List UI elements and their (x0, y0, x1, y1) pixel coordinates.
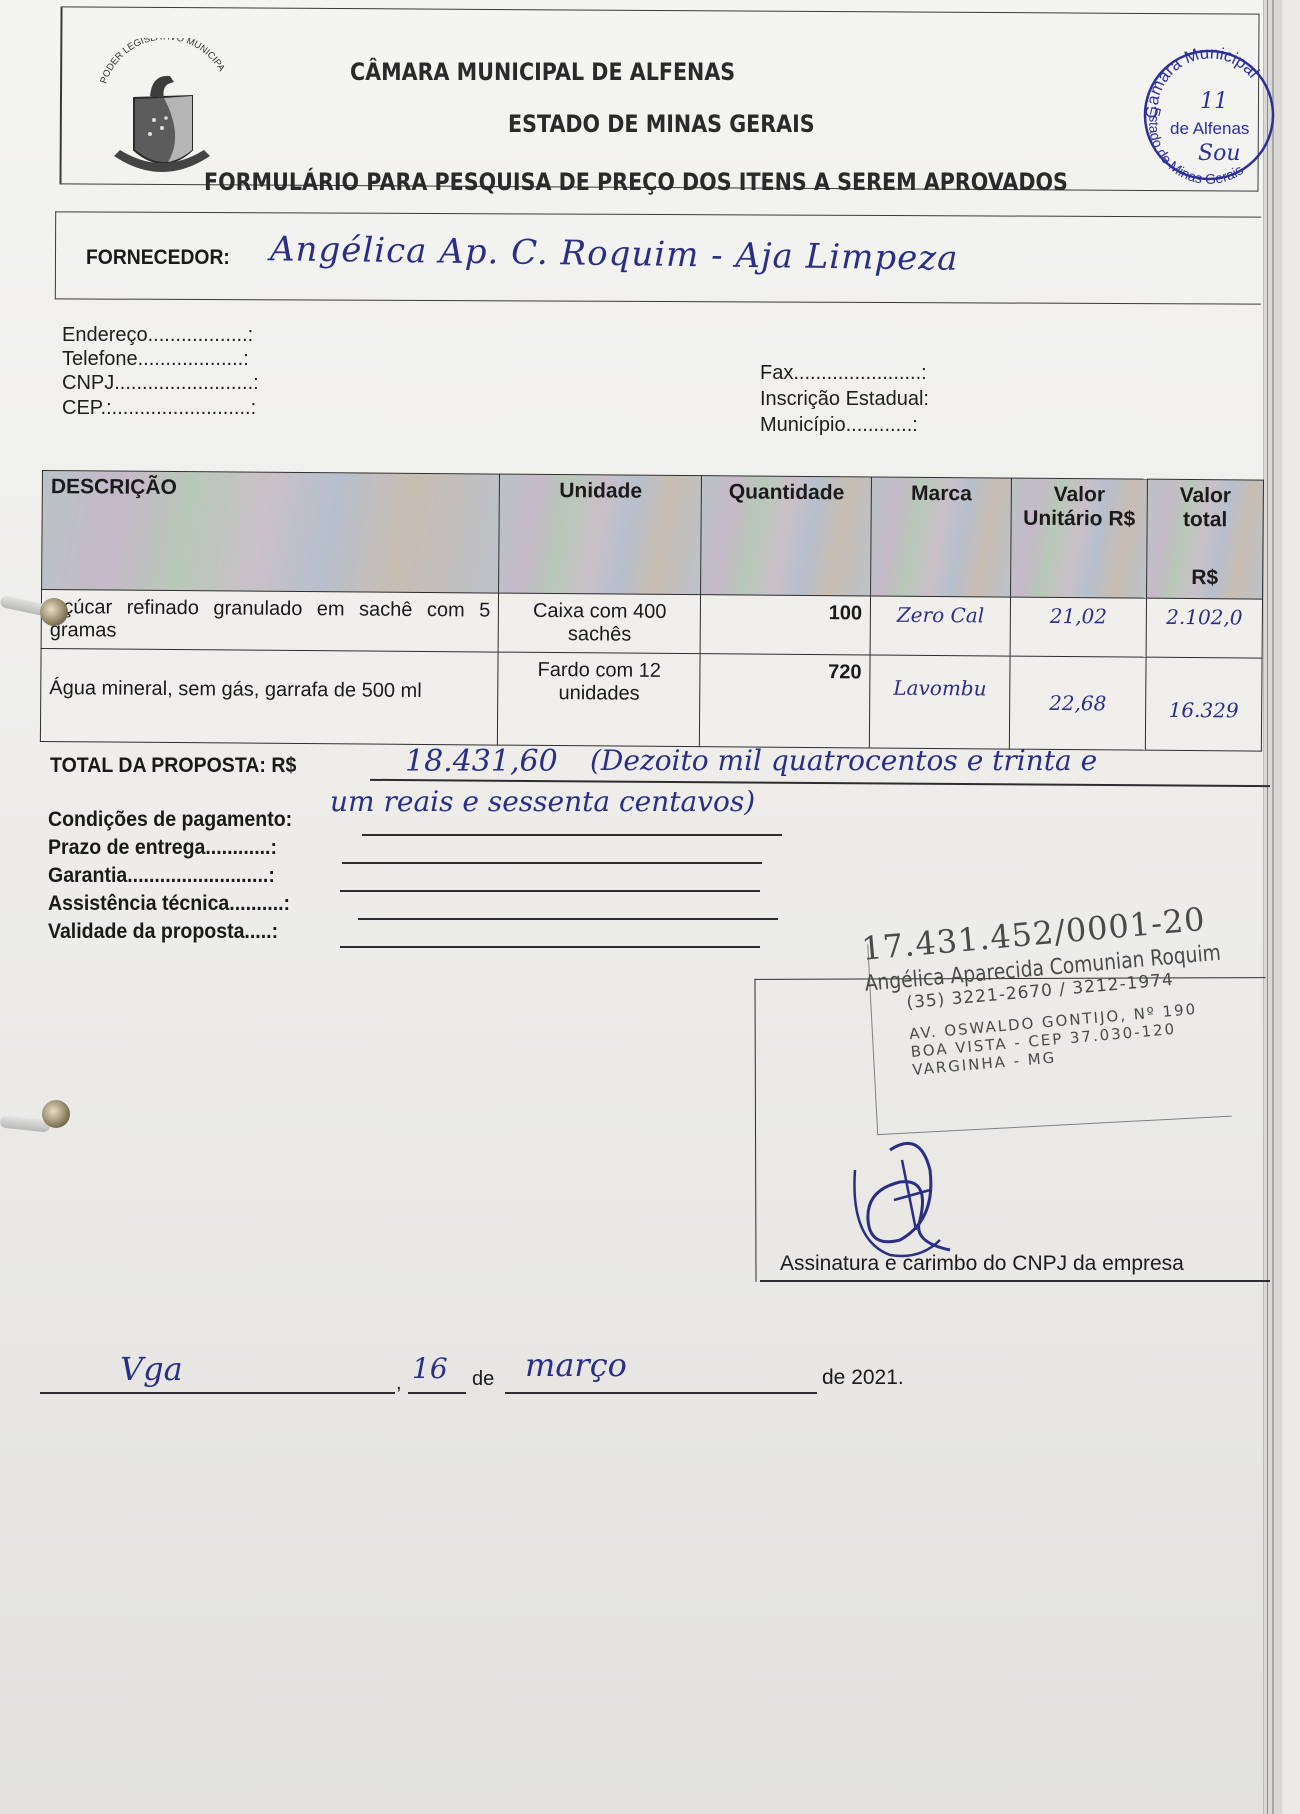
fax-field[interactable]: Fax.......................: (760, 362, 927, 385)
column-header-quantity: Quantidade (701, 476, 872, 596)
binder-ring-icon (40, 598, 68, 626)
municipality-field[interactable]: Município............: (760, 414, 918, 437)
warranty-field[interactable] (340, 890, 760, 892)
item-quantity: 100 (700, 595, 870, 655)
delivery-time-label: Prazo de entrega............: (48, 836, 277, 860)
header-frame (59, 6, 1259, 191)
total-in-words-line1[interactable]: (Dezoito mil quatrocentos e trinta e (590, 744, 1097, 777)
price-items-table: DESCRIÇÃO Unidade Quantidade Marca Valor… (40, 470, 1264, 752)
item-total-price[interactable]: 16.329 (1145, 657, 1262, 751)
column-header-unit: Unidade (499, 474, 702, 595)
phone-field[interactable]: Telefone...................: (62, 348, 249, 371)
column-header-total-price: Valor total R$ (1147, 479, 1264, 599)
item-brand[interactable]: Zero Cal (870, 596, 1010, 656)
signature-caption-line (760, 1280, 1270, 1282)
signature-caption: Assinatura e carimbo do CNPJ da empresa (780, 1252, 1184, 1276)
total-price-header-text: Valor total (1156, 484, 1255, 533)
item-description: Açúcar refinado granulado em sachê com 5… (41, 590, 499, 653)
state-registration-field[interactable]: Inscrição Estadual: (760, 388, 929, 411)
document-page: PODER LEGISLATIVO MUNICIPAL CÂMARA MUNIC… (0, 0, 1282, 1814)
proposal-validity-field[interactable] (340, 946, 760, 948)
column-header-description: DESCRIÇÃO (42, 471, 500, 594)
technical-support-label: Assistência técnica..........: (48, 892, 290, 916)
coat-of-arms-logo-icon: PODER LEGISLATIVO MUNICIPAL (92, 38, 232, 178)
date-city-field[interactable]: Vga (120, 1350, 183, 1388)
date-month-field[interactable]: março (525, 1346, 627, 1384)
technical-support-field[interactable] (358, 918, 778, 920)
delivery-time-field[interactable] (342, 862, 762, 864)
svg-text:11: 11 (1200, 89, 1228, 114)
item-unit: Fardo com 12 unidades (498, 652, 701, 747)
total-price-currency: R$ (1155, 566, 1254, 591)
svg-text:Sou: Sou (1198, 141, 1241, 166)
column-header-unit-price: Valor Unitário R$ (1011, 478, 1148, 598)
column-header-brand: Marca (871, 477, 1012, 597)
table-header-row: DESCRIÇÃO Unidade Quantidade Marca Valor… (42, 471, 1264, 600)
item-unit-price[interactable]: 21,02 (1010, 597, 1146, 657)
item-brand[interactable]: Lavombu (869, 655, 1010, 749)
month-field-line (505, 1392, 817, 1394)
handwritten-signature-icon (850, 1130, 980, 1260)
item-unit-price[interactable]: 22,68 (1009, 656, 1146, 750)
day-field-line (408, 1392, 466, 1394)
unit-price-header-text: Valor Unitário R$ (1023, 483, 1135, 531)
institution-title: CÂMARA MUNICIPAL DE ALFENAS (350, 58, 735, 86)
state-subtitle: ESTADO DE MINAS GERAIS (508, 110, 815, 138)
date-comma: , (396, 1372, 402, 1395)
item-total-price[interactable]: 2.102,0 (1146, 598, 1262, 658)
payment-terms-label: Condições de pagamento: (48, 808, 292, 832)
table-row: Água mineral, sem gás, garrafa de 500 ml… (40, 648, 1262, 751)
cep-field[interactable]: CEP.:.........................: (62, 397, 256, 420)
item-unit: Caixa com 400 sachês (499, 593, 701, 654)
binder-ring-icon (42, 1100, 70, 1128)
table-row: Açúcar refinado granulado em sachê com 5… (41, 590, 1262, 659)
cnpj-field[interactable]: CNPJ.........................: (62, 372, 259, 395)
date-de-text: de (472, 1368, 494, 1391)
total-proposal-value[interactable]: 18.431,60 (405, 744, 558, 779)
municipal-seal-stamp-icon: Câmara Municipal Estado de Minas Gerais … (1140, 46, 1278, 184)
date-year-text: de 2021. (822, 1366, 904, 1390)
item-quantity: 720 (700, 654, 871, 748)
form-title: FORMULÁRIO PARA PESQUISA DE PREÇO DOS IT… (204, 168, 1068, 196)
address-field[interactable]: Endereço..................: (62, 324, 253, 347)
supplier-label: FORNECEDOR: (86, 246, 230, 270)
total-in-words-line2[interactable]: um reais e sessenta centavos) (330, 785, 755, 818)
payment-terms-field[interactable] (362, 834, 782, 836)
date-day-field[interactable]: 16 (412, 1352, 448, 1385)
svg-text:de Alfenas: de Alfenas (1170, 119, 1249, 138)
item-description: Água mineral, sem gás, garrafa de 500 ml (40, 648, 498, 745)
city-field-line (40, 1392, 395, 1394)
warranty-label: Garantia..........................: (48, 864, 275, 888)
proposal-validity-label: Validade da proposta.....: (48, 920, 278, 944)
total-proposal-label: TOTAL DA PROPOSTA: R$ (50, 754, 296, 778)
